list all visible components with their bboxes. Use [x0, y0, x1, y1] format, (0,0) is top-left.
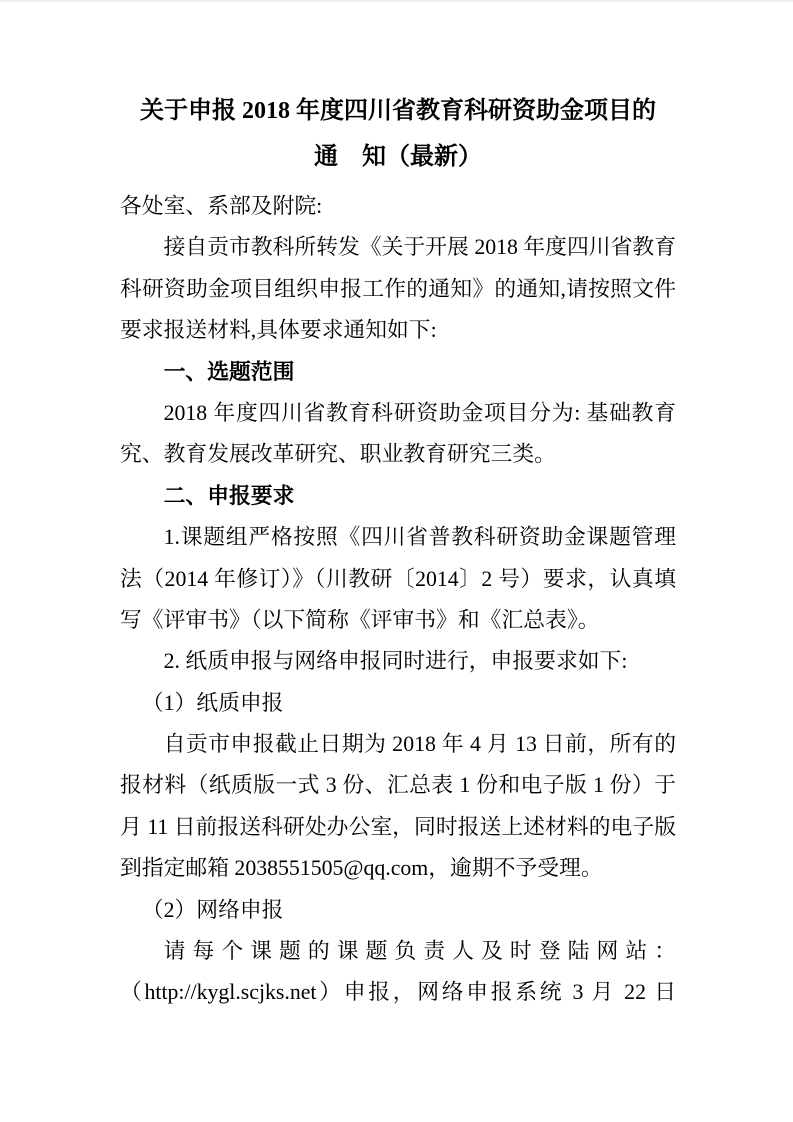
page-top-edge — [0, 0, 793, 2]
text-line: 究、教育发展改革研究、职业教育研究三类。 — [120, 434, 676, 475]
text-line: 1.课题组严格按照《四川省普教科研资助金课题管理办 — [120, 517, 676, 558]
text-line: 自贡市申报截止日期为 2018 年 4 月 13 日前，所有的申 — [120, 724, 676, 765]
text-line: 2. 纸质申报与网络申报同时进行，申报要求如下: — [120, 641, 676, 682]
text-line: 到指定邮箱 2038551505@qq.com，逾期不予受理。 — [120, 848, 676, 889]
text-line: 二、申报要求 — [120, 476, 676, 517]
text-line: （http://kygl.scjks.net）申报，网络申报系统 3 月 22 … — [120, 972, 676, 1013]
text-line: 2018 年度四川省教育科研资助金项目分为: 基础教育研 — [120, 393, 676, 434]
text-line: 一、选题范围 — [120, 352, 676, 393]
text-line: 写《评审书》（以下简称《评审书》和《汇总表》。 — [120, 600, 676, 641]
document-body: 各处室、系部及附院:接自贡市教科所转发《关于开展 2018 年度四川省教育科研资… — [120, 186, 676, 1014]
title-line-2: 通 知（最新） — [120, 134, 676, 180]
text-line: 月 11 日前报送科研处办公室，同时报送上述材料的电子版 — [120, 807, 676, 848]
text-line: 请每个课题的课题负责人及时登陆网站： — [120, 931, 676, 972]
text-line: 接自贡市教科所转发《关于开展 2018 年度四川省教育 — [120, 227, 676, 268]
text-line: （1）纸质申报 — [120, 683, 676, 724]
text-line: 法（2014 年修订）》（川教研〔2014〕2 号）要求，认真填 — [120, 559, 676, 600]
document-page: 关于申报 2018 年度四川省教育科研资助金项目的 通 知（最新） 各处室、系部… — [0, 0, 793, 1122]
text-line: 科研资助金项目组织申报工作的通知》的通知,请按照文件 — [120, 269, 676, 310]
document-title: 关于申报 2018 年度四川省教育科研资助金项目的 通 知（最新） — [120, 88, 676, 180]
text-line: 各处室、系部及附院: — [120, 186, 676, 227]
title-line-1: 关于申报 2018 年度四川省教育科研资助金项目的 — [120, 88, 676, 134]
text-line: 要求报送材料,具体要求通知如下: — [120, 310, 676, 351]
text-line: （2）网络申报 — [120, 890, 676, 931]
text-line: 报材料（纸质版一式 3 份、汇总表 1 份和电子版 1 份）于 4 — [120, 765, 676, 806]
